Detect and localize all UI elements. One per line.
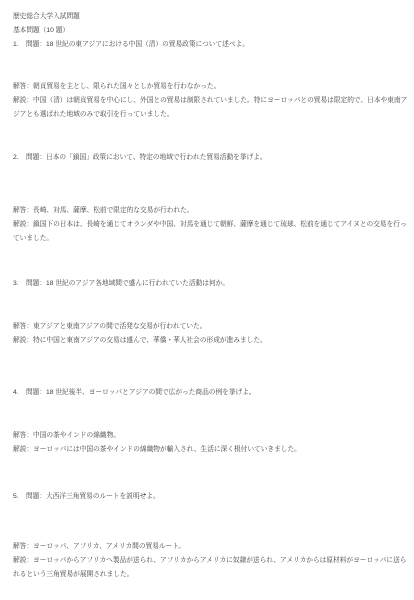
question-number: 4. [13,386,26,400]
explanation-text: 解説：中国（清）は朝貢貿易を中心にし、外国との貿易は制限されていました。特にヨー… [13,94,409,122]
question-number: 5. [13,490,26,504]
explanation-text: 解説：特に中国と東南アジアの交易は盛んで、華僑・華人社会の形成が進みました。 [13,334,409,348]
explanation-text: 解説：ヨーロッパには中国の茶やインドの綿織物が輸入され、生活に深く根付いていきま… [13,443,409,457]
question-line: 4. 問題：18 世紀後半、ヨーロッパとアジアの間で広がった商品の例を挙げよ。 [13,386,409,400]
document-title: 歴史総合大学入試問題 [13,10,409,24]
explanation-text: 解説：鎖国下の日本は、長崎を通じてオランダや中国、対馬を通じて朝鮮、薩摩を通じて… [13,218,409,246]
answer-text: 解答：東アジアと東南アジアの間で活発な交易が行われていた。 [13,320,409,334]
question-line: 5. 問題：大西洋三角貿易のルートを説明せよ。 [13,490,409,504]
answer-text: 解答：ヨーロッパ、アフリカ、アメリカ間の貿易ルート。 [13,540,409,554]
document-page: 歴史総合大学入試問題 基本問題（10 題） 1. 問題：18 世紀の東アジアにお… [0,0,414,600]
answer-block: 解答：東アジアと東南アジアの間で活発な交易が行われていた。 解説：特に中国と東南… [13,320,409,348]
question-text: 問題：18 世紀の東アジアにおける中国（清）の貿易政策について述べよ。 [26,38,409,52]
question-item: 4. 問題：18 世紀後半、ヨーロッパとアジアの間で広がった商品の例を挙げよ。 … [13,386,409,457]
answer-block: 解答：ヨーロッパ、アフリカ、アメリカ間の貿易ルート。 解説：ヨーロッパからアフリ… [13,540,409,582]
question-item: 3. 問題：18 世紀のアジア各地域間で盛んに行われていた活動は何か。 解答：東… [13,277,409,348]
answer-block: 解答：朝貢貿易を主とし、限られた国々としか貿易を行わなかった。 解説：中国（清）… [13,80,409,122]
answer-text: 解答：朝貢貿易を主とし、限られた国々としか貿易を行わなかった。 [13,80,409,94]
question-item: 5. 問題：大西洋三角貿易のルートを説明せよ。 解答：ヨーロッパ、アフリカ、アメ… [13,490,409,582]
question-line: 2. 問題：日本の「鎖国」政策において、特定の地域で行われた貿易活動を挙げよ。 [13,151,409,165]
question-text: 問題：日本の「鎖国」政策において、特定の地域で行われた貿易活動を挙げよ。 [26,151,409,165]
question-line: 3. 問題：18 世紀のアジア各地域間で盛んに行われていた活動は何か。 [13,277,409,291]
answer-text: 解答：長崎、対馬、薩摩、松前で限定的な交易が行われた。 [13,204,409,218]
question-text: 問題：18 世紀のアジア各地域間で盛んに行われていた活動は何か。 [26,277,409,291]
question-number: 3. [13,277,26,291]
question-text: 問題：大西洋三角貿易のルートを説明せよ。 [26,490,409,504]
question-item: 1. 問題：18 世紀の東アジアにおける中国（清）の貿易政策について述べよ。 解… [13,38,409,122]
question-text: 問題：18 世紀後半、ヨーロッパとアジアの間で広がった商品の例を挙げよ。 [26,386,409,400]
question-line: 1. 問題：18 世紀の東アジアにおける中国（清）の貿易政策について述べよ。 [13,38,409,52]
question-item: 2. 問題：日本の「鎖国」政策において、特定の地域で行われた貿易活動を挙げよ。 … [13,151,409,246]
question-number: 2. [13,151,26,165]
explanation-text: 解説：ヨーロッパからアフリカへ製品が送られ、アフリカからアメリカに奴隷が送られ、… [13,554,409,582]
answer-text: 解答：中国の茶やインドの綿織物。 [13,429,409,443]
document-subtitle: 基本問題（10 題） [13,24,409,38]
answer-block: 解答：長崎、対馬、薩摩、松前で限定的な交易が行われた。 解説：鎖国下の日本は、長… [13,204,409,246]
answer-block: 解答：中国の茶やインドの綿織物。 解説：ヨーロッパには中国の茶やインドの綿織物が… [13,429,409,457]
question-number: 1. [13,38,26,52]
